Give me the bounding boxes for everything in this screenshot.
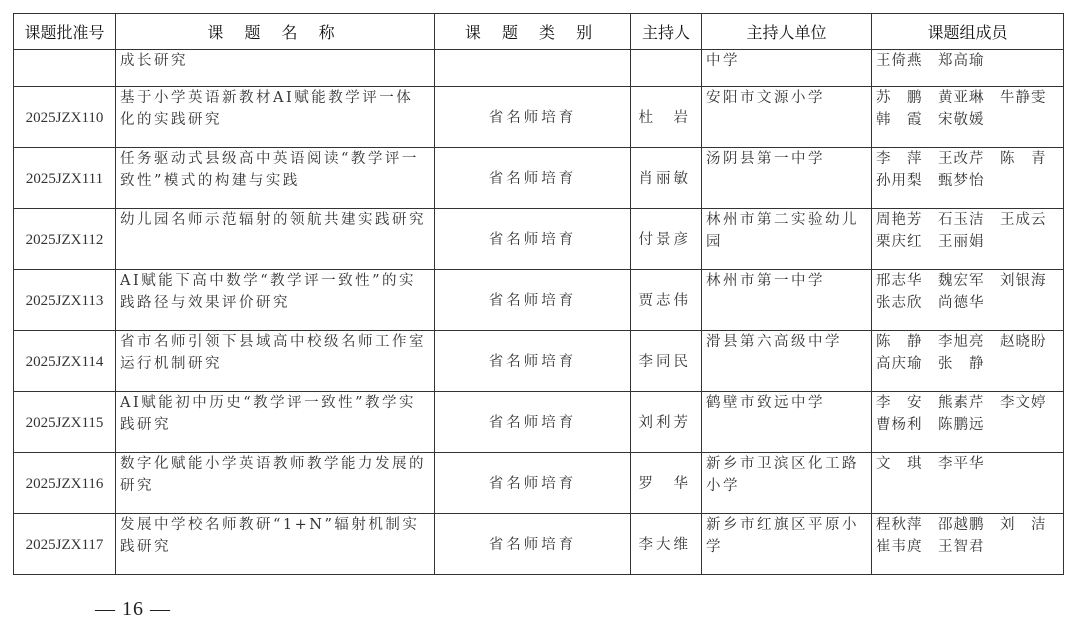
cell-topic: AI赋能初中历史“教学评一致性”教学实践研究 (116, 392, 435, 453)
members-line: 韩 霞 宋敬媛 (876, 109, 1059, 131)
host-text: 肖丽敏 (631, 166, 701, 190)
cell-topic: 任务驱动式县级高中英语阅读“教学评一致性”模式的构建与实践 (116, 148, 435, 209)
cell-topic: 发展中学校名师教研“1+N”辐射机制实践研究 (116, 514, 435, 575)
table-row: 2025JZX115AI赋能初中历史“教学评一致性”教学实践研究省名师培育刘利芳… (14, 392, 1064, 453)
cell-host: 刘利芳 (631, 392, 702, 453)
cell-unit: 新乡市红旗区平原小学 (702, 514, 872, 575)
category-text: 省名师培育 (435, 227, 630, 251)
cell-category: 省名师培育 (435, 331, 631, 392)
host-text (631, 50, 701, 52)
cell-category: 省名师培育 (435, 209, 631, 270)
header-host: 主持人 (631, 14, 702, 50)
header-members: 课题组成员 (872, 14, 1064, 50)
table-row: 2025JZX117发展中学校名师教研“1+N”辐射机制实践研究省名师培育李大维… (14, 514, 1064, 575)
topic-text: 省市名师引领下县域高中校级名师工作室运行机制研究 (116, 331, 434, 375)
topic-text: 成长研究 (116, 50, 434, 72)
cell-unit: 林州市第二实验幼儿园 (702, 209, 872, 270)
category-text (435, 50, 630, 52)
cell-host: 李同民 (631, 331, 702, 392)
members-line: 李 安 熊素芹 李文婷 (876, 392, 1059, 414)
cell-members: 文 琪 李平华 (872, 453, 1064, 514)
cell-members: 程秋萍 邵越鹏 刘 洁崔韦庹 王智君 (872, 514, 1064, 575)
topic-text: 任务驱动式县级高中英语阅读“教学评一致性”模式的构建与实践 (116, 148, 434, 192)
header-code: 课题批准号 (14, 14, 116, 50)
cell-code (14, 50, 116, 87)
code-text: 2025JZX116 (14, 471, 115, 495)
cell-members: 邢志华 魏宏军 刘银海张志欣 尚德华 (872, 270, 1064, 331)
cell-host: 杜 岩 (631, 87, 702, 148)
table-row: 2025JZX111任务驱动式县级高中英语阅读“教学评一致性”模式的构建与实践省… (14, 148, 1064, 209)
members-line: 张志欣 尚德华 (876, 292, 1059, 314)
unit-text: 鹤壁市致远中学 (702, 392, 871, 414)
host-text: 杜 岩 (631, 105, 701, 129)
cell-unit: 汤阴县第一中学 (702, 148, 872, 209)
header-row: 课题批准号 课 题 名 称 课 题 类 别 主持人 主持人单位 课题组成员 (14, 14, 1064, 50)
code-text: 2025JZX114 (14, 349, 115, 373)
cell-members: 陈 静 李旭亮 赵晓盼高庆瑜 张 静 (872, 331, 1064, 392)
unit-text: 新乡市卫滨区化工路小学 (702, 453, 871, 497)
cell-category: 省名师培育 (435, 392, 631, 453)
unit-text: 林州市第二实验幼儿园 (702, 209, 871, 253)
host-text: 罗 华 (631, 471, 701, 495)
unit-text: 中学 (702, 50, 871, 72)
continuation-row: 成长研究 中学 王倚燕 郑高瑜 (14, 50, 1064, 87)
members-line: 曹杨利 陈鹏远 (876, 414, 1059, 436)
cell-code: 2025JZX114 (14, 331, 116, 392)
members-line: 陈 静 李旭亮 赵晓盼 (876, 331, 1059, 353)
cell-unit: 新乡市卫滨区化工路小学 (702, 453, 872, 514)
host-text: 刘利芳 (631, 410, 701, 434)
category-text: 省名师培育 (435, 410, 630, 434)
host-text: 李同民 (631, 349, 701, 373)
cell-code: 2025JZX112 (14, 209, 116, 270)
members-line: 邢志华 魏宏军 刘银海 (876, 270, 1059, 292)
category-text: 省名师培育 (435, 532, 630, 556)
cell-code: 2025JZX113 (14, 270, 116, 331)
cell-host: 贾志伟 (631, 270, 702, 331)
host-text: 李大维 (631, 532, 701, 556)
unit-text: 滑县第六高级中学 (702, 331, 871, 353)
code-text: 2025JZX117 (14, 532, 115, 556)
host-text: 付景彦 (631, 227, 701, 251)
unit-text: 安阳市文源小学 (702, 87, 871, 109)
table-row: 2025JZX113AI赋能下高中数学“教学评一致性”的实践路径与效果评价研究省… (14, 270, 1064, 331)
category-text: 省名师培育 (435, 166, 630, 190)
table-row: 2025JZX116数字化赋能小学英语教师教学能力发展的研究省名师培育罗 华新乡… (14, 453, 1064, 514)
topic-text: 发展中学校名师教研“1+N”辐射机制实践研究 (116, 514, 434, 558)
cell-code: 2025JZX111 (14, 148, 116, 209)
cell-topic: AI赋能下高中数学“教学评一致性”的实践路径与效果评价研究 (116, 270, 435, 331)
table-row: 2025JZX114省市名师引领下县域高中校级名师工作室运行机制研究省名师培育李… (14, 331, 1064, 392)
cell-host (631, 50, 702, 87)
cell-unit: 鹤壁市致远中学 (702, 392, 872, 453)
category-text: 省名师培育 (435, 471, 630, 495)
code-text: 2025JZX112 (14, 227, 115, 251)
cell-category: 省名师培育 (435, 87, 631, 148)
table-row: 2025JZX112幼儿园名师示范辐射的领航共建实践研究省名师培育付景彦林州市第… (14, 209, 1064, 270)
cell-members: 周艳芳 石玉洁 王成云栗庆红 王丽娟 (872, 209, 1064, 270)
cell-topic: 成长研究 (116, 50, 435, 87)
members-line: 周艳芳 石玉洁 王成云 (876, 209, 1059, 231)
cell-members: 苏 鹏 黄亚琳 牛静雯韩 霞 宋敬媛 (872, 87, 1064, 148)
cell-unit: 中学 (702, 50, 872, 87)
members-line: 文 琪 李平华 (876, 453, 1059, 475)
topic-text: AI赋能下高中数学“教学评一致性”的实践路径与效果评价研究 (116, 270, 434, 314)
cell-category: 省名师培育 (435, 514, 631, 575)
cell-members: 王倚燕 郑高瑜 (872, 50, 1064, 87)
members-line: 高庆瑜 张 静 (876, 353, 1059, 375)
unit-text: 新乡市红旗区平原小学 (702, 514, 871, 558)
table-row: 2025JZX110基于小学英语新教材AI赋能教学评一体化的实践研究省名师培育杜… (14, 87, 1064, 148)
cell-topic: 基于小学英语新教材AI赋能教学评一体化的实践研究 (116, 87, 435, 148)
topic-text: 幼儿园名师示范辐射的领航共建实践研究 (116, 209, 434, 231)
cell-unit: 林州市第一中学 (702, 270, 872, 331)
category-text: 省名师培育 (435, 105, 630, 129)
header-unit: 主持人单位 (702, 14, 872, 50)
cell-unit: 滑县第六高级中学 (702, 331, 872, 392)
members-line: 程秋萍 邵越鹏 刘 洁 (876, 514, 1059, 536)
members-line: 李 萍 王改芹 陈 青 (876, 148, 1059, 170)
unit-text: 林州市第一中学 (702, 270, 871, 292)
cell-category: 省名师培育 (435, 270, 631, 331)
cell-topic: 数字化赋能小学英语教师教学能力发展的研究 (116, 453, 435, 514)
code-text: 2025JZX110 (14, 105, 115, 129)
category-text: 省名师培育 (435, 349, 630, 373)
cell-topic: 省市名师引领下县域高中校级名师工作室运行机制研究 (116, 331, 435, 392)
header-topic: 课 题 名 称 (116, 14, 435, 50)
cell-category: 省名师培育 (435, 453, 631, 514)
members-line: 崔韦庹 王智君 (876, 536, 1059, 558)
page-number: — 16 — (95, 598, 171, 621)
header-category: 课 题 类 别 (435, 14, 631, 50)
topic-text: 基于小学英语新教材AI赋能教学评一体化的实践研究 (116, 87, 434, 131)
cell-host: 肖丽敏 (631, 148, 702, 209)
project-table: 课题批准号 课 题 名 称 课 题 类 别 主持人 主持人单位 课题组成员 成长… (13, 13, 1064, 575)
cell-code: 2025JZX117 (14, 514, 116, 575)
code-text: 2025JZX113 (14, 288, 115, 312)
cell-topic: 幼儿园名师示范辐射的领航共建实践研究 (116, 209, 435, 270)
cell-host: 李大维 (631, 514, 702, 575)
code-text: 2025JZX115 (14, 410, 115, 434)
members-line: 苏 鹏 黄亚琳 牛静雯 (876, 87, 1059, 109)
code-text (14, 50, 115, 52)
members-line: 栗庆红 王丽娟 (876, 231, 1059, 253)
cell-unit: 安阳市文源小学 (702, 87, 872, 148)
topic-text: 数字化赋能小学英语教师教学能力发展的研究 (116, 453, 434, 497)
cell-category (435, 50, 631, 87)
cell-category: 省名师培育 (435, 148, 631, 209)
topic-text: AI赋能初中历史“教学评一致性”教学实践研究 (116, 392, 434, 436)
members-line: 孙用梨 甄梦怡 (876, 170, 1059, 192)
cell-host: 付景彦 (631, 209, 702, 270)
cell-code: 2025JZX110 (14, 87, 116, 148)
host-text: 贾志伟 (631, 288, 701, 312)
members-line: 王倚燕 郑高瑜 (876, 50, 1059, 72)
code-text: 2025JZX111 (14, 166, 115, 190)
cell-code: 2025JZX116 (14, 453, 116, 514)
cell-host: 罗 华 (631, 453, 702, 514)
cell-members: 李 萍 王改芹 陈 青孙用梨 甄梦怡 (872, 148, 1064, 209)
category-text: 省名师培育 (435, 288, 630, 312)
unit-text: 汤阴县第一中学 (702, 148, 871, 170)
cell-code: 2025JZX115 (14, 392, 116, 453)
cell-members: 李 安 熊素芹 李文婷曹杨利 陈鹏远 (872, 392, 1064, 453)
